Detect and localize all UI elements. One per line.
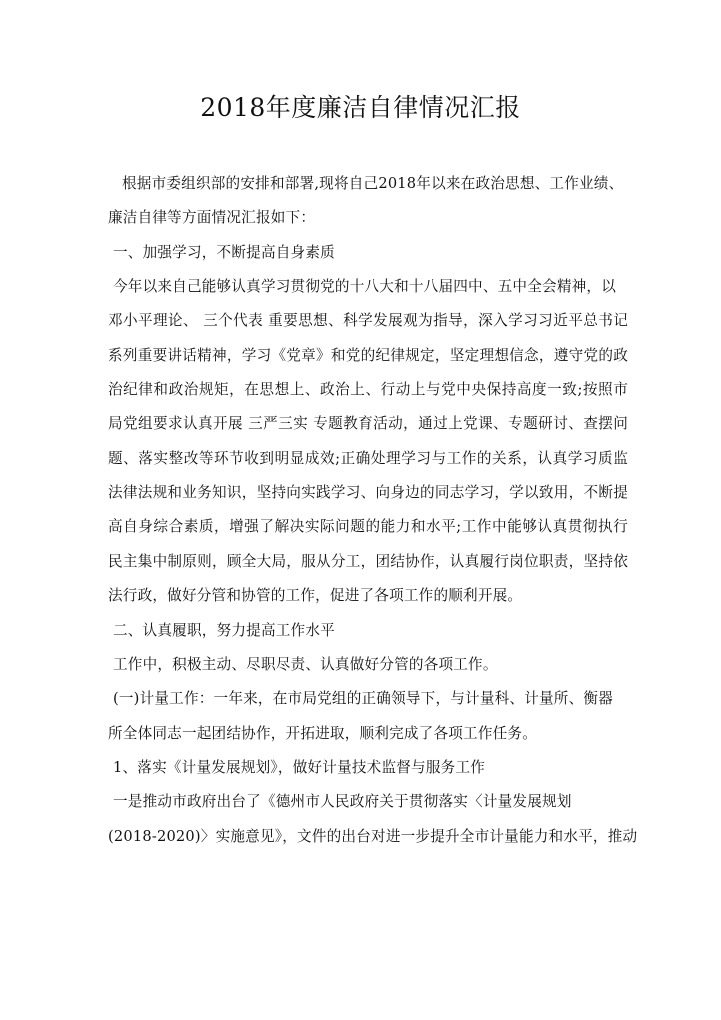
paragraph-line: 法行政，做好分管和协管的工作，促进了各项工作的顺利开展。: [108, 586, 628, 606]
paragraph-line: 治纪律和政治规矩，在思想上、政治上、行动上与党中央保持高度一致;按照市: [108, 380, 628, 400]
paragraph-line: 法律法规和业务知识，坚持向实践学习、向身边的同志学习，学以致用，不断提: [108, 483, 628, 503]
paragraph-intro-line-2: 廉洁自律等方面情况汇报如下：: [108, 208, 628, 228]
paragraph-line: 高自身综合素质，增强了解决实际问题的能力和水平;工作中能够认真贯彻执行: [108, 517, 628, 537]
paragraph-line: (2018-2020)〉实施意见》，文件的出台对进一步提升全市计量能力和水平，推…: [108, 827, 628, 847]
paragraph-line: 工作中，积极主动、尽职尽责、认真做好分管的各项工作。: [113, 655, 633, 675]
paragraph-line: 一是推动市政府出台了《德州市人民政府关于贯彻落实〈计量发展规划: [113, 792, 633, 812]
section-heading-1: 一、加强学习，不断提高自身素质: [113, 243, 633, 263]
paragraph-line: 民主集中制原则，顾全大局，服从分工，团结协作，认真履行岗位职责，坚持依: [108, 552, 628, 572]
section-heading-2: 二、认真履职，努力提高工作水平: [113, 621, 633, 641]
paragraph-line: (一)计量工作：一年来，在市局党组的正确领导下，与计量科、计量所、衡器: [113, 689, 633, 709]
paragraph-line: 今年以来自己能够认真学习贯彻党的十八大和十八届四中、五中全会精神，以: [113, 277, 633, 297]
document-title: 2018年度廉洁自律情况汇报: [0, 88, 721, 124]
paragraph-line: 题、落实整改等环节收到明显成效;正确处理学习与工作的关系，认真学习质监: [108, 449, 628, 469]
subsection-heading-1: 1、落实《计量发展规划》，做好计量技术监督与服务工作: [113, 758, 633, 778]
paragraph-line: 所全体同志一起团结协作，开拓进取，顺利完成了各项工作任务。: [108, 724, 628, 744]
paragraph-line: 系列重要讲话精神，学习《党章》和党的纪律规定，坚定理想信念，遵守党的政: [108, 346, 628, 366]
paragraph-intro-line-1: 根据市委组织部的安排和部署,现将自己2018年以来在政治思想、工作业绩、: [122, 174, 642, 194]
paragraph-line: 局党组要求认真开展 三严三实 专题教育活动，通过上党课、专题研讨、查摆问: [108, 414, 628, 434]
paragraph-line: 邓小平理论、 三个代表 重要思想、科学发展观为指导，深入学习习近平总书记: [108, 311, 628, 331]
